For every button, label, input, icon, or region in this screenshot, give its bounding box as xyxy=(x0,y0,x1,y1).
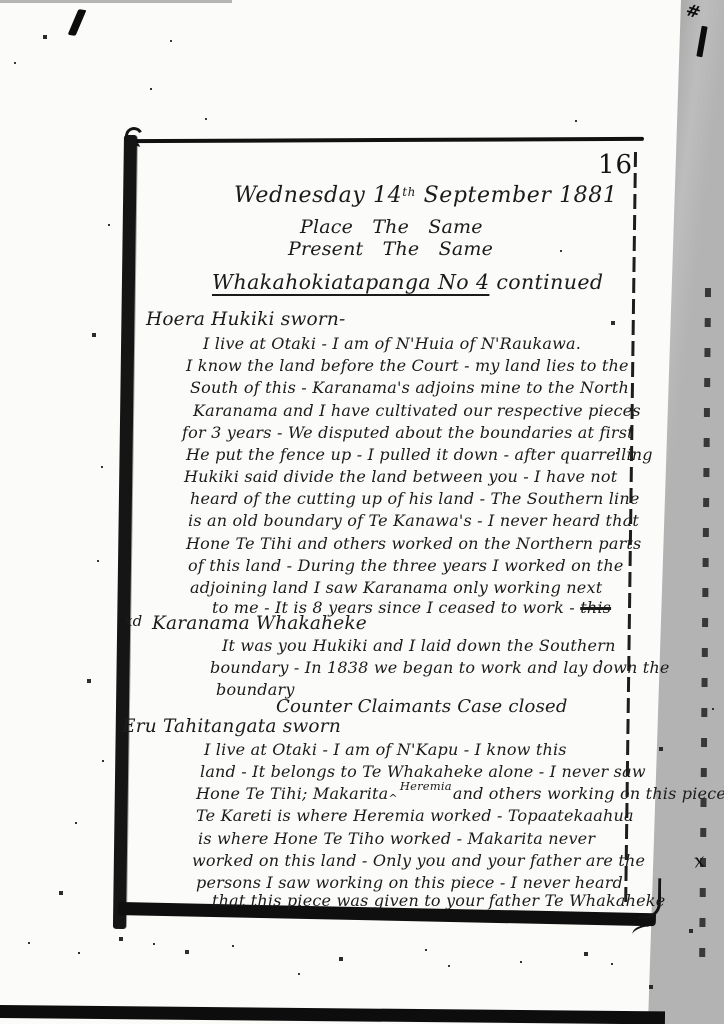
testimony-line: It was you Hukiki and I laid down the So… xyxy=(222,636,616,655)
testimony-line: Hukiki said divide the land between you … xyxy=(184,467,617,486)
witness2-heading: Eru Tahitangata sworn xyxy=(122,716,341,737)
scan-artifact-bar xyxy=(0,1005,665,1024)
testimony-line: boundary - In 1838 we began to work and … xyxy=(210,658,670,677)
testimony-line: I know the land before the Court - my la… xyxy=(186,356,629,375)
witness1-heading: Hoera Hukiki sworn- xyxy=(146,309,345,330)
testimony-line: He put the fence up - I pulled it down -… xyxy=(186,445,653,464)
testimony-line: I live at Otaki - I am of N'Kapu - I kno… xyxy=(204,740,567,759)
place-line: Place The Same xyxy=(300,216,483,238)
scanned-document-page: # x 16 Wednesday 14th September 1881 Pla… xyxy=(0,0,724,1024)
page-number: 16 xyxy=(598,150,633,180)
testimony-line: heard of the cutting up of his land - Th… xyxy=(190,489,640,508)
testimony-line: for 3 years - We disputed about the boun… xyxy=(182,423,634,442)
testimony-line: that this piece was given to your father… xyxy=(212,891,665,910)
present-line: Present The Same xyxy=(288,238,493,260)
testimony-line: of this land - During the three years I … xyxy=(188,556,624,575)
testimony-text: Hone Te Tihi; Makarita xyxy=(196,784,388,803)
case-title: Whakahokiatapanga No 4 continued xyxy=(212,270,603,294)
struck-out-word: this xyxy=(580,598,611,617)
ink-speckles xyxy=(0,0,2,2)
testimony-line: is where Hone Te Tiho worked - Makarita … xyxy=(198,829,595,848)
date-text: Wednesday 14 xyxy=(234,183,402,208)
testimony-line: adjoining land I saw Karanama only worki… xyxy=(190,578,602,597)
testimony-text: and others working on this piece xyxy=(453,784,724,803)
testimony-line: Te Kareti is where Heremia worked - Topa… xyxy=(196,806,634,825)
testimony-line: persons I saw working on this piece - I … xyxy=(196,873,623,892)
insertion-caret: ^ xyxy=(388,792,397,805)
cross-examiner-name: Karanama Whakaheke xyxy=(152,613,367,634)
date-ordinal-superscript: th xyxy=(402,185,416,199)
frame-border-top xyxy=(127,137,644,143)
case-closed-note: Counter Claimants Case closed xyxy=(276,696,568,717)
testimony-line-with-insertion: Hone Te Tihi; Makarita^Heremiaand others… xyxy=(196,784,724,803)
testimony-line: is an old boundary of Te Kanawa's - I ne… xyxy=(188,511,639,530)
date-heading: Wednesday 14th September 1881 xyxy=(234,183,617,208)
inserted-word: Heremia xyxy=(400,779,452,793)
testimony-line: South of this - Karanama's adjoins mine … xyxy=(190,378,629,397)
case-title-underlined: Whakahokiatapanga No 4 xyxy=(212,270,489,294)
scan-artifact-line xyxy=(0,0,232,3)
testimony-line: worked on this land - Only you and your … xyxy=(192,851,645,870)
testimony-line: Karanama and I have cultivated our respe… xyxy=(193,401,641,420)
testimony-line: I live at Otaki - I am of N'Huia of N'Ra… xyxy=(203,334,581,353)
testimony-line: Hone Te Tihi and others worked on the No… xyxy=(186,534,641,553)
ink-mark xyxy=(68,9,87,36)
cross-exam-mark: xd xyxy=(124,612,142,630)
case-title-continued: continued xyxy=(489,270,603,294)
date-text-rest: September 1881 xyxy=(416,183,618,208)
frame-border-left xyxy=(113,135,137,929)
